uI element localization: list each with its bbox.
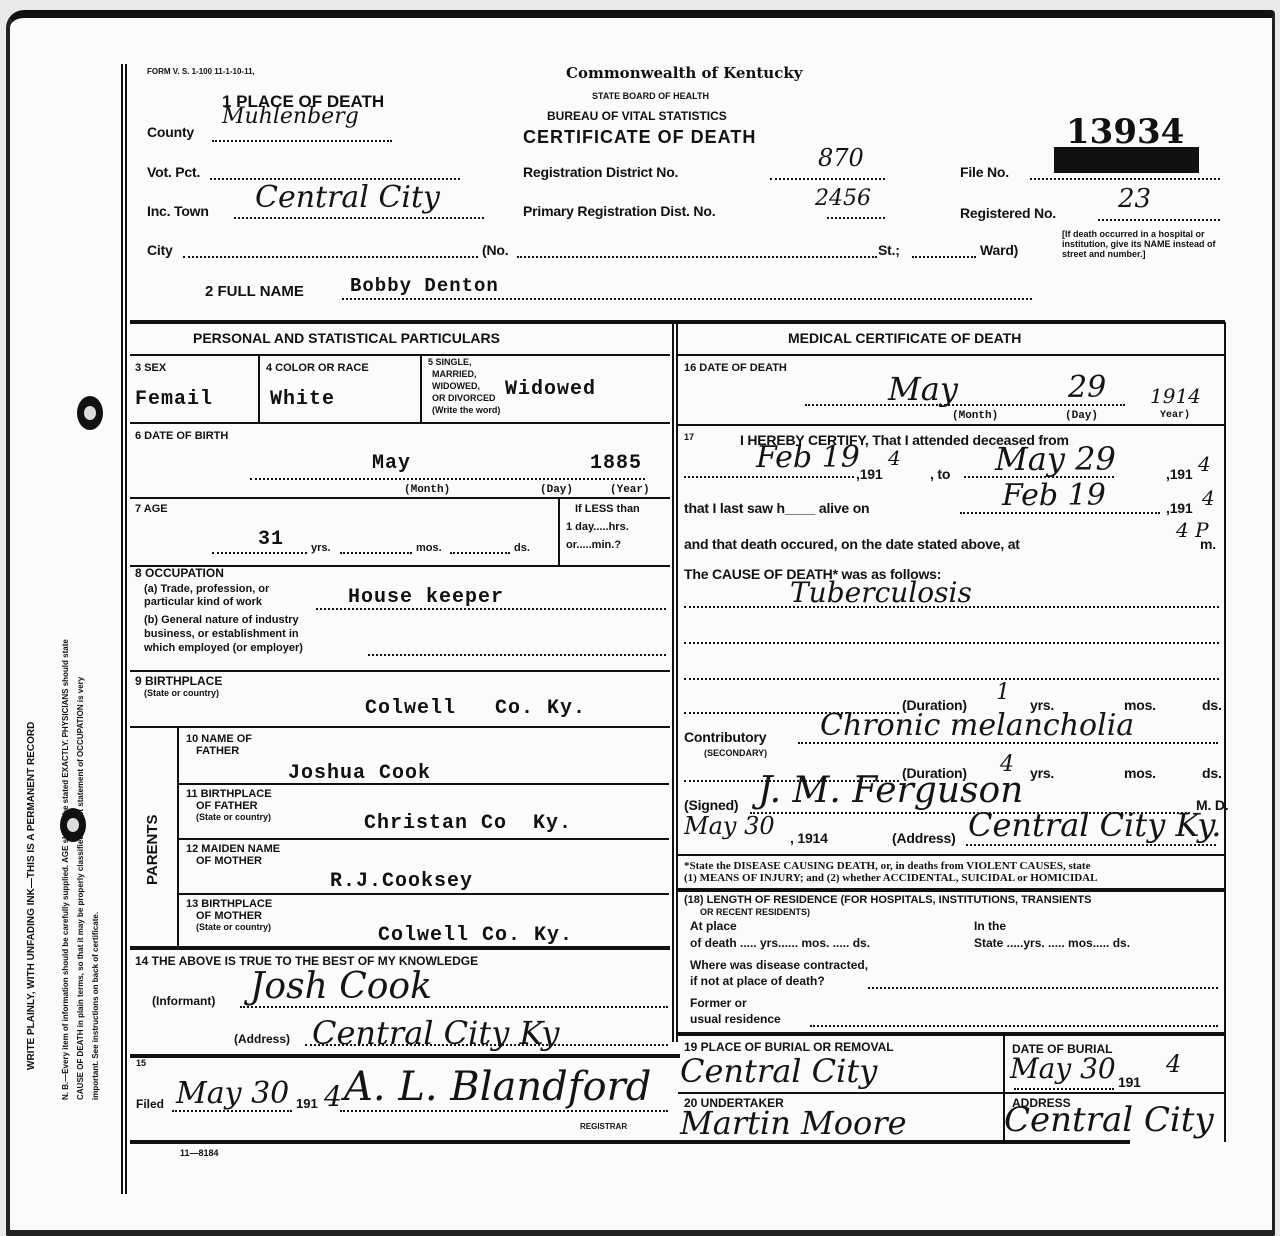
birthplace-sublabel: (State or country)	[144, 688, 219, 698]
hospital-note: [If death occurred in a hospital or inst…	[1062, 229, 1222, 259]
last-saw-value: Feb 19	[1002, 478, 1106, 513]
board-of-health: STATE BOARD OF HEALTH	[592, 90, 709, 102]
attended-to-year-suffix: 4	[1198, 452, 1211, 476]
dob-year-value: 1885	[590, 452, 642, 475]
attended-from-line	[684, 476, 854, 478]
death-day-caption: (Day)	[1065, 410, 1098, 422]
father-birthplace-label-2: OF FATHER	[196, 800, 258, 812]
street-label: St.;	[878, 242, 900, 258]
street-number-label: (No.	[482, 242, 508, 258]
burial-row-divider	[678, 1092, 1225, 1094]
race-marital-divider	[420, 356, 422, 422]
form-border-right	[1224, 322, 1226, 1142]
mother-name-label-1: 12 MAIDEN NAME	[186, 843, 280, 855]
attended-to-year-prefix: ,191	[1166, 466, 1192, 482]
mother-name-label-2: OF MOTHER	[196, 855, 262, 867]
cause-of-death-value: Tuberculosis	[790, 576, 972, 609]
parents-bottom-divider	[130, 946, 670, 950]
registration-district-line	[770, 178, 885, 180]
last-saw-year-suffix: 4	[1202, 486, 1215, 510]
medical-section-title: MEDICAL CERTIFICATE OF DEATH	[788, 330, 1021, 346]
city-line	[183, 256, 478, 258]
file-number-label: File No.	[960, 164, 1009, 180]
duration-2-ds-label: ds.	[1202, 765, 1222, 781]
filed-date-value: May 30	[176, 1076, 289, 1111]
form-border-left	[121, 64, 123, 1194]
age-years-value: 31	[258, 528, 284, 551]
contracted-line	[868, 987, 1218, 989]
inc-town-label: Inc. Town	[147, 203, 209, 219]
attended-to-value: May 29	[995, 440, 1116, 478]
less-than-day-1: If LESS than	[575, 503, 640, 515]
form-border-left-inner	[125, 64, 127, 1194]
attended-from-value: Feb 19	[756, 440, 860, 475]
row-divider-2	[130, 497, 670, 499]
registrar-label: REGISTRAR	[580, 1122, 627, 1132]
residence-bottom-divider	[678, 1032, 1225, 1036]
age-yrs-label: yrs.	[311, 542, 331, 554]
age-years-line	[212, 552, 307, 554]
occupation-value: House keeper	[348, 586, 504, 609]
burial-year-prefix: 191	[1118, 1074, 1141, 1090]
marital-status-value: Widowed	[505, 378, 596, 401]
filing-item-number: 15	[136, 1058, 146, 1068]
margin-note-inner-3: important. See instructions on back of c…	[90, 912, 102, 1100]
registered-number-line	[1098, 219, 1220, 221]
attended-from-year-prefix: ,191	[856, 466, 882, 482]
father-name-value: Joshua Cook	[288, 762, 431, 785]
age-mos-line	[340, 552, 412, 554]
date-of-death-label: 16 DATE OF DEATH	[684, 362, 787, 374]
informant-label: (Informant)	[152, 995, 215, 1007]
registration-district-label: Registration District No.	[523, 164, 678, 180]
personal-title-divider	[130, 354, 670, 356]
county-label: County	[147, 124, 194, 140]
occupation-a-line-2: particular kind of work	[144, 596, 262, 608]
burial-year-suffix: 4	[1166, 1050, 1181, 1078]
margin-note-outer: WRITE PLAINLY, WITH UNFADING INK—THIS IS…	[26, 722, 38, 1070]
residence-label-2: OR RECENT RESIDENTS)	[700, 907, 810, 917]
filed-year-prefix: 191	[296, 1098, 318, 1110]
former-residence-line	[810, 1025, 1218, 1027]
contributory-value: Chronic melancholia	[820, 708, 1134, 743]
residence-label-1: (18) LENGTH OF RESIDENCE (FOR HOSPITALS,…	[684, 894, 1091, 906]
registered-number-label: Registered No.	[960, 205, 1056, 221]
registered-number-value: 23	[1118, 184, 1151, 214]
race-label: 4 COLOR OR RACE	[266, 362, 369, 374]
form-bottom-divider	[130, 1140, 1130, 1144]
registration-district-value: 870	[818, 144, 864, 172]
inc-town-line	[234, 217, 484, 219]
county-value: Muhlenberg	[222, 104, 359, 129]
dob-month-value: May	[372, 452, 411, 475]
registrar-signature: A. L. Blandford	[344, 1064, 651, 1110]
duration-1-years: 1	[996, 680, 1010, 705]
marital-label-instruction: (Write the word)	[432, 405, 500, 415]
less-than-day-2: 1 day.....hrs.	[566, 521, 629, 533]
punch-hole-bottom	[60, 808, 86, 842]
filed-label: Filed	[136, 1098, 164, 1110]
marital-label-single: 5 SINGLE,	[428, 357, 472, 367]
file-number-line	[1030, 178, 1220, 180]
dob-year-caption: (Year)	[610, 484, 650, 496]
column-divider-inner	[676, 322, 678, 1042]
age-ds-line	[450, 552, 510, 554]
in-state-label-1: In the	[974, 920, 1006, 932]
occupation-b-line-3: which employed (or employer)	[144, 642, 303, 654]
less-than-day-3: or.....min.?	[566, 539, 621, 551]
punch-hole-top	[77, 396, 103, 430]
death-month-caption: (Month)	[952, 410, 998, 422]
physician-address-label: (Address)	[892, 830, 956, 846]
age-divider	[558, 499, 560, 565]
burial-place-value: Central City	[680, 1052, 877, 1090]
certify-item-number: 17	[684, 432, 694, 442]
informant-signature: Josh Cook	[250, 966, 432, 1007]
informant-address-label: (Address)	[234, 1033, 290, 1045]
physician-address-value: Central City Ky.	[968, 806, 1221, 844]
contracted-label-1: Where was disease contracted,	[690, 959, 868, 971]
city-label: City	[147, 242, 173, 258]
mother-name-value: R.J.Cooksey	[330, 870, 473, 893]
sex-race-divider	[258, 356, 260, 422]
file-number-stamp: 13934	[1066, 112, 1184, 152]
full-name-value: Bobby Denton	[350, 275, 499, 297]
mother-birthplace-value: Colwell Co. Ky.	[378, 924, 573, 947]
column-divider	[672, 322, 674, 1042]
father-name-label-2: FATHER	[196, 745, 239, 757]
medical-row-divider-2	[678, 854, 1225, 856]
death-time-label: and that death occured, on the date stat…	[684, 536, 1020, 552]
registrar-line	[340, 1110, 668, 1112]
primary-registration-label: Primary Registration Dist. No.	[523, 203, 715, 219]
occupation-b-line	[368, 654, 666, 656]
birthplace-label: 9 BIRTHPLACE	[135, 675, 222, 687]
row-divider-4	[130, 670, 670, 672]
vot-pct-label: Vot. Pct.	[147, 164, 200, 180]
bureau-name: BUREAU OF VITAL STATISTICS	[547, 110, 727, 122]
date-of-death-month: May	[888, 370, 958, 408]
marital-label-married: MARRIED,	[432, 369, 477, 379]
secondary-label: (SECONDARY)	[704, 748, 767, 758]
last-saw-year-prefix: ,191	[1166, 500, 1192, 516]
inc-town-value: Central City	[255, 180, 440, 215]
cause-line-3	[684, 678, 1219, 680]
occupation-b-line-2: business, or establishment in	[144, 628, 299, 640]
age-label: 7 AGE	[135, 503, 168, 515]
medical-title-divider	[678, 354, 1225, 356]
occupation-b-line-1: (b) General nature of industry	[144, 614, 299, 626]
ward-label: Ward)	[980, 242, 1018, 258]
filed-year-suffix: 4	[324, 1080, 342, 1113]
burial-date-line	[1014, 1088, 1114, 1090]
primary-registration-value: 2456	[815, 186, 871, 211]
form-code: 11—8184	[180, 1148, 219, 1158]
undertaker-address-value: Central City	[1004, 1100, 1214, 1140]
birthplace-value: Colwell Co. Ky.	[365, 697, 586, 720]
in-state-label-2: State .....yrs. ..... mos..... ds.	[974, 937, 1130, 949]
cause-line-2	[684, 642, 1219, 644]
dob-label: 6 DATE OF BIRTH	[135, 430, 228, 442]
ward-line	[912, 256, 976, 258]
marital-label-divorced: OR DIVORCED	[432, 393, 496, 403]
physician-address-line	[966, 844, 1216, 846]
date-of-death-year: 1914	[1150, 384, 1201, 408]
burial-date-value: May 30	[1010, 1052, 1116, 1085]
cause-footnote-1: *State the DISEASE CAUSING DEATH, or, in…	[684, 860, 1090, 872]
father-birthplace-value: Christan Co Ky.	[364, 812, 572, 835]
attended-from-year-suffix: 4	[888, 446, 901, 470]
contracted-label-2: if not at place of death?	[690, 975, 825, 987]
primary-registration-line	[827, 217, 885, 219]
signed-label: (Signed)	[684, 797, 738, 813]
mother-birthplace-label-2: OF MOTHER	[196, 910, 262, 922]
parents-row-2	[179, 838, 669, 840]
row-divider-1	[130, 422, 670, 424]
dob-day-caption: (Day)	[540, 484, 573, 496]
occupation-a-line-1: (a) Trade, profession, or	[144, 583, 269, 595]
parents-row-1	[179, 783, 669, 785]
father-birthplace-label-3: (State or country)	[196, 812, 271, 822]
parents-divider	[177, 728, 179, 946]
form-number: FORM V. S. 1-100 11-1-10-11,	[147, 67, 255, 77]
street-line	[517, 256, 877, 258]
date-of-death-day: 29	[1068, 370, 1106, 405]
full-name-line	[342, 298, 1032, 300]
county-line	[212, 140, 392, 142]
state-title: Commonwealth of Kentucky	[566, 64, 802, 82]
duration-1-ds-label: ds.	[1202, 697, 1222, 713]
medical-row-divider-3	[678, 888, 1225, 892]
document-title: CERTIFICATE OF DEATH	[523, 127, 756, 148]
age-ds-label: ds.	[514, 542, 530, 554]
duration-2-yrs-label: yrs.	[1030, 765, 1054, 781]
attended-to-label: , to	[930, 466, 950, 482]
duration-2-mos-label: mos.	[1124, 765, 1156, 781]
mother-birthplace-label-3: (State or country)	[196, 922, 271, 932]
mother-birthplace-label-1: 13 BIRTHPLACE	[186, 898, 272, 910]
dob-month-caption: (Month)	[404, 484, 450, 496]
row-divider-5	[130, 726, 670, 728]
occupation-label: 8 OCCUPATION	[135, 567, 224, 579]
redacted-block	[1054, 147, 1199, 173]
personal-section-title: PERSONAL AND STATISTICAL PARTICULARS	[193, 330, 500, 346]
informant-address-value: Central City Ky	[312, 1014, 559, 1052]
father-name-label-1: 10 NAME OF	[186, 733, 252, 745]
at-place-label-1: At place	[690, 920, 737, 932]
parents-row-3	[179, 893, 669, 895]
last-saw-label: that I last saw h____ alive on	[684, 500, 869, 516]
dob-line	[250, 478, 645, 480]
death-time-meridian: m.	[1200, 536, 1216, 552]
signed-date-value: May 30	[684, 812, 775, 840]
sex-value: Femail	[135, 388, 213, 411]
father-birthplace-label-1: 11 BIRTHPLACE	[186, 788, 272, 800]
sex-label: 3 SEX	[135, 362, 166, 374]
contributory-label: Contributory	[684, 729, 766, 745]
death-year-caption: Year)	[1160, 410, 1190, 422]
margin-note-inner-2: CAUSE OF DEATH in plain terms, so that i…	[75, 677, 87, 1100]
at-place-label-2: of death ..... yrs...... mos. ..... ds.	[690, 937, 870, 949]
cause-footnote-2: (1) MEANS OF INJURY; and (2) whether ACC…	[684, 872, 1097, 884]
medical-row-divider-1	[678, 424, 1225, 426]
full-name-label: 2 FULL NAME	[205, 283, 304, 300]
former-residence-label-1: Former or	[690, 997, 747, 1009]
age-mos-label: mos.	[416, 542, 442, 554]
former-residence-label-2: usual residence	[690, 1013, 781, 1025]
margin-note-inner-1: N. B.—Every item of information should b…	[60, 639, 72, 1100]
signed-year: , 1914	[790, 830, 828, 846]
race-value: White	[270, 388, 335, 411]
undertaker-value: Martin Moore	[680, 1104, 907, 1142]
physician-signature: J. M. Ferguson	[758, 770, 1023, 811]
marital-label-widowed: WIDOWED,	[432, 381, 480, 391]
parents-side-label: PARENTS	[144, 814, 162, 885]
informant-bottom-divider	[130, 1054, 680, 1058]
